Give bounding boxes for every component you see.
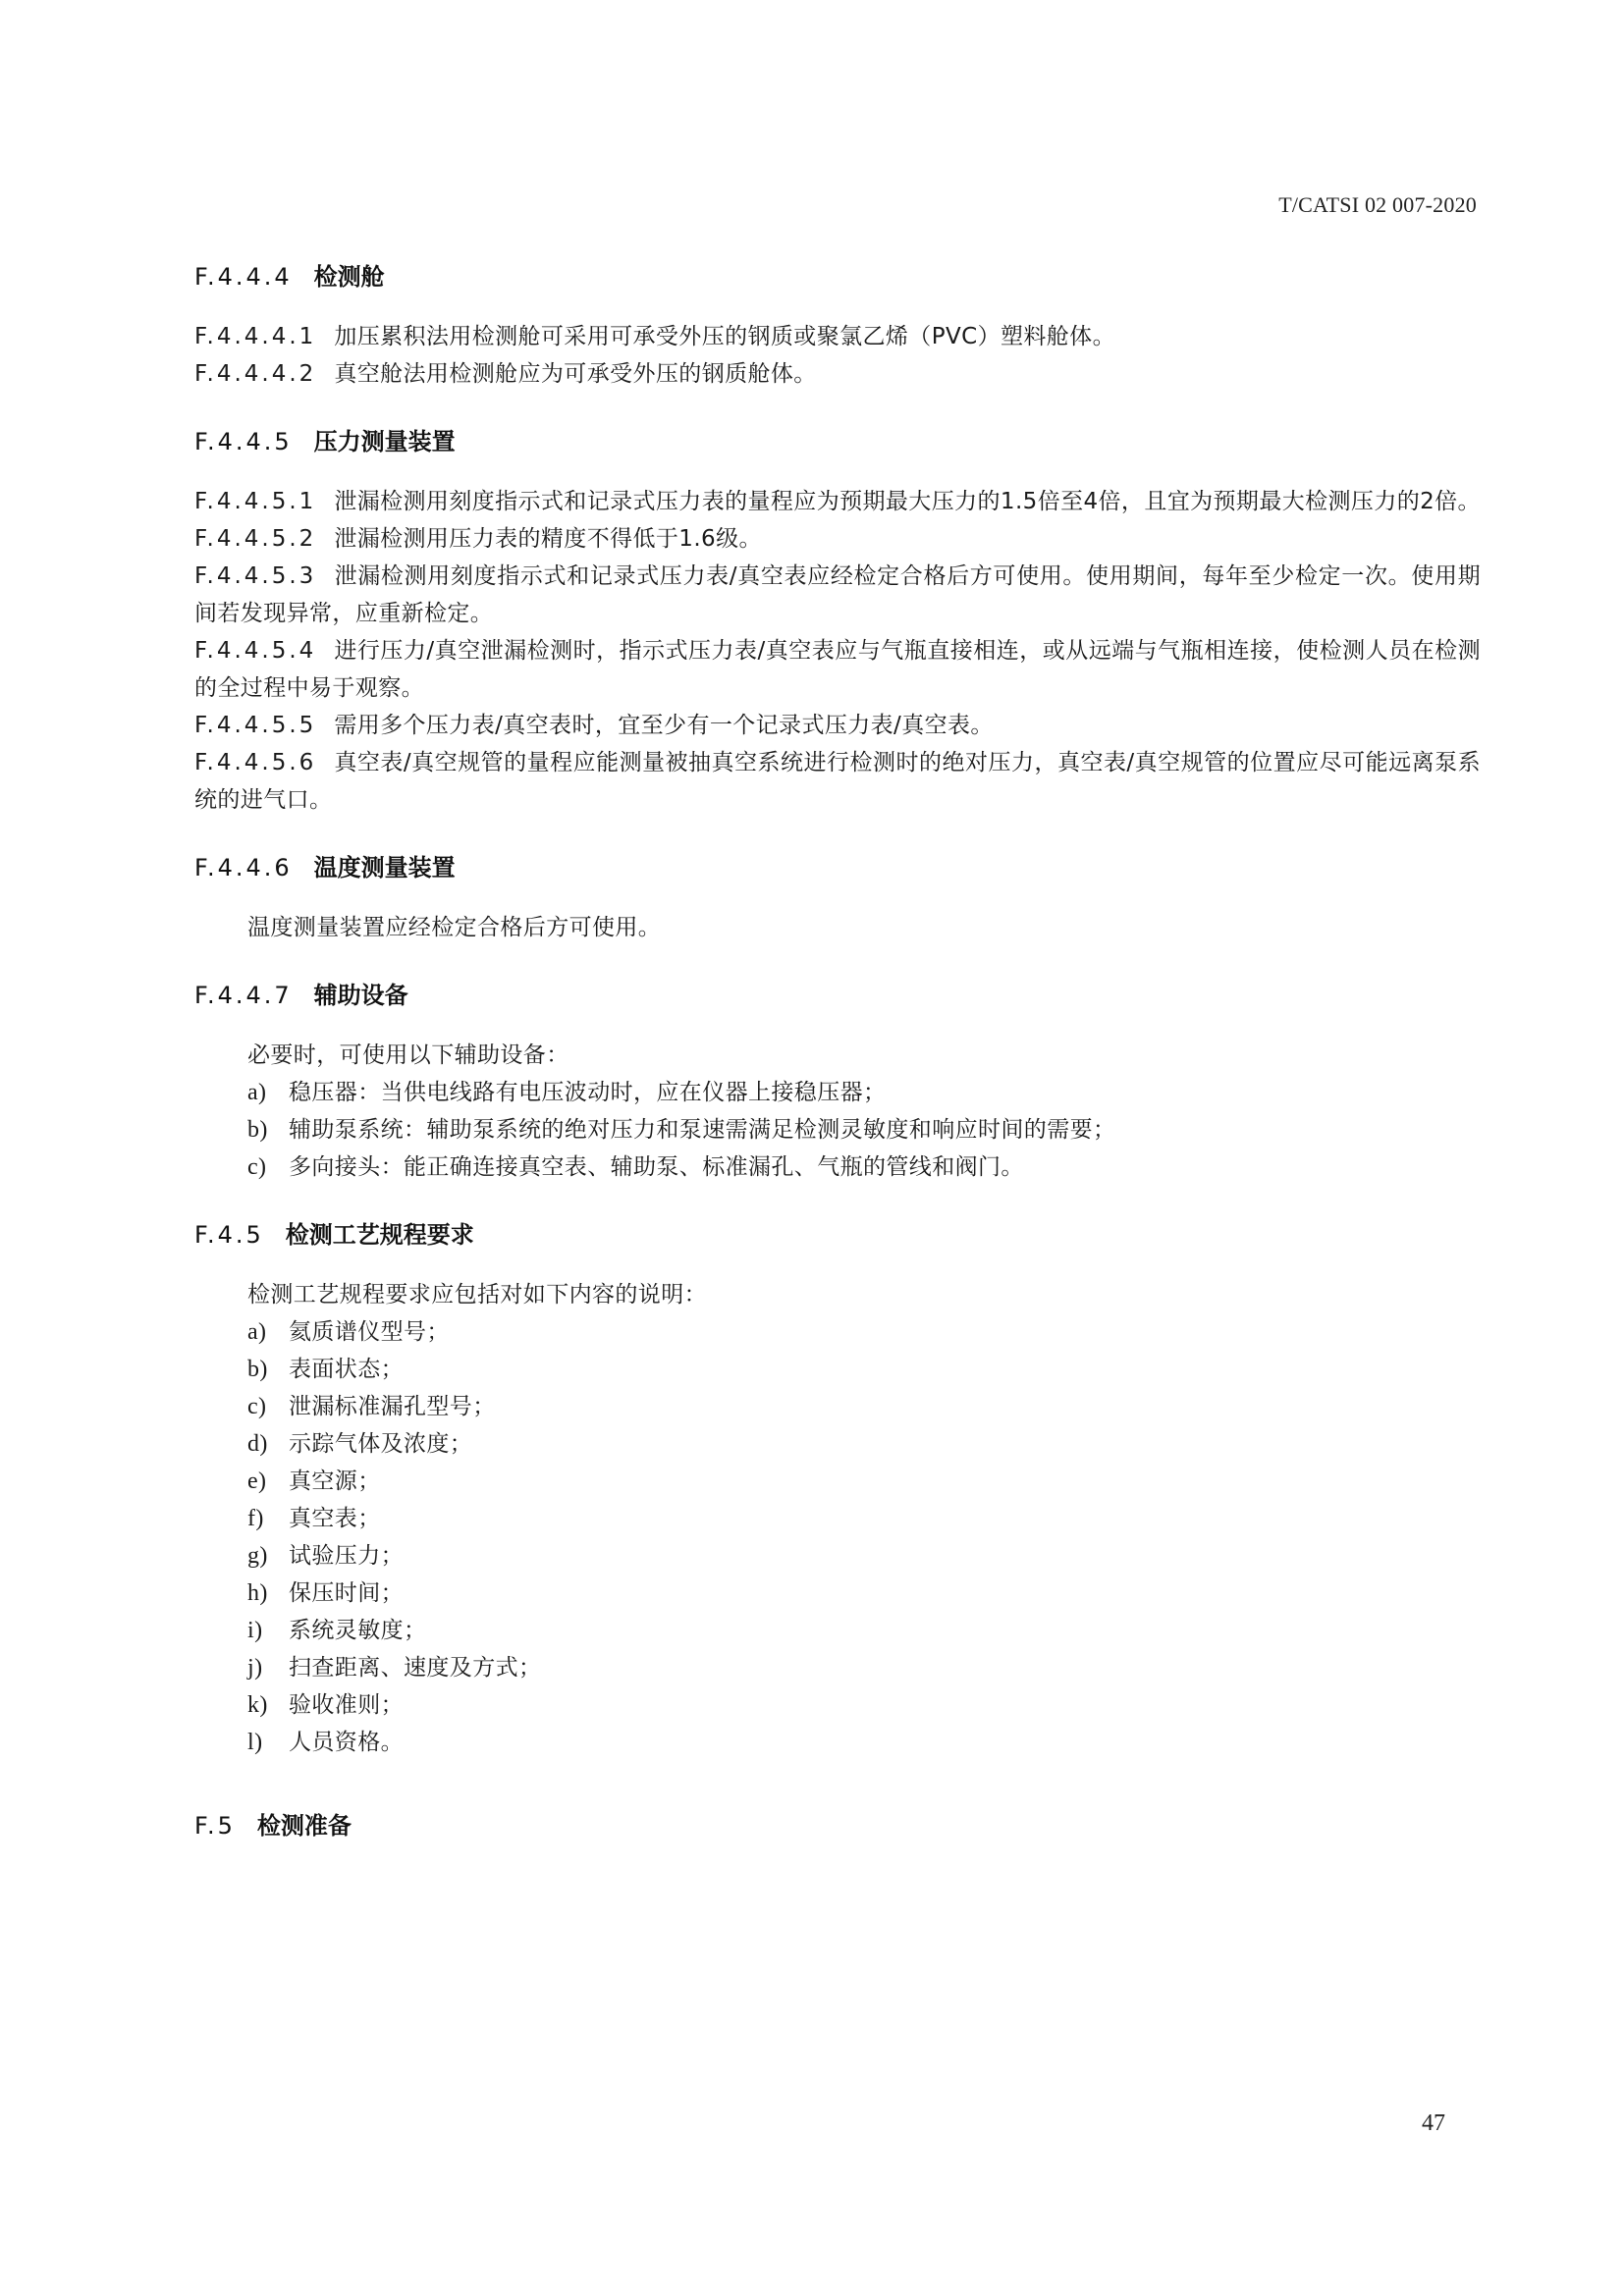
list-item: d)示踪气体及浓度；: [194, 1425, 1481, 1463]
list-text: 泄漏标准漏孔型号；: [289, 1394, 496, 1419]
section-number: F.4.4.4: [194, 257, 293, 296]
list-item: g)试验压力；: [194, 1537, 1481, 1575]
page-content: F.4.4.4检测舱 F.4.4.4.1加压累积法用检测舱可采用可承受外压的钢质…: [194, 257, 1481, 1845]
clause-number: F.4.4.5.4: [194, 638, 316, 664]
clause-text: 进行压力/真空泄漏检测时，指示式压力表/真空表应与气瓶直接相连，或从远端与气瓶相…: [194, 638, 1481, 701]
section-number: F.5: [194, 1806, 236, 1845]
clause-number: F.4.4.4.1: [194, 324, 316, 349]
list-item: e)真空源；: [194, 1463, 1481, 1500]
document-code: T/CATSI 02 007-2020: [1278, 192, 1477, 218]
list-item: l)人员资格。: [194, 1724, 1481, 1761]
clause-f4441: F.4.4.4.1加压累积法用检测舱可采用可承受外压的钢质或聚氯乙烯（PVC）塑…: [194, 318, 1481, 355]
list-item: h)保压时间；: [194, 1575, 1481, 1612]
list-text: 稳压器：当供电线路有电压波动时，应在仪器上接稳压器；: [289, 1080, 886, 1105]
section-heading-f445: F.4.4.5压力测量装置: [194, 422, 1481, 461]
clause-f4452: F.4.4.5.2泄漏检测用压力表的精度不得低于1.6级。: [194, 520, 1481, 558]
list-item: a)稳压器：当供电线路有电压波动时，应在仪器上接稳压器；: [194, 1074, 1481, 1111]
section-number: F.4.4.5: [194, 422, 293, 461]
document-page: T/CATSI 02 007-2020 F.4.4.4检测舱 F.4.4.4.1…: [0, 0, 1624, 2296]
clause-number: F.4.4.5.3: [194, 563, 316, 589]
list-text: 验收准则；: [289, 1692, 404, 1718]
clause-f4451: F.4.4.5.1泄漏检测用刻度指示式和记录式压力表的量程应为预期最大压力的1.…: [194, 483, 1481, 520]
list-item: c)多向接头：能正确连接真空表、辅助泵、标准漏孔、气瓶的管线和阀门。: [194, 1148, 1481, 1186]
list-marker: e): [247, 1463, 289, 1500]
clause-f4453: F.4.4.5.3泄漏检测用刻度指示式和记录式压力表/真空表应经检定合格后方可使…: [194, 558, 1481, 632]
list-marker: b): [247, 1351, 289, 1388]
section-title: 检测舱: [314, 263, 385, 291]
list-text: 氦质谱仪型号；: [289, 1319, 450, 1345]
section-intro-f45: 检测工艺规程要求应包括对如下内容的说明：: [194, 1276, 1481, 1313]
list-marker: h): [247, 1575, 289, 1612]
list-text: 辅助泵系统：辅助泵系统的绝对压力和泵速需满足检测灵敏度和响应时间的需要；: [289, 1117, 1115, 1143]
clause-text: 需用多个压力表/真空表时，宜至少有一个记录式压力表/真空表。: [334, 713, 994, 738]
list-item: b)辅助泵系统：辅助泵系统的绝对压力和泵速需满足检测灵敏度和响应时间的需要；: [194, 1111, 1481, 1148]
list-marker: d): [247, 1425, 289, 1463]
list-marker: i): [247, 1612, 289, 1649]
clause-f4442: F.4.4.4.2真空舱法用检测舱应为可承受外压的钢质舱体。: [194, 355, 1481, 393]
list-text: 示踪气体及浓度；: [289, 1431, 472, 1457]
section-intro-f447: 必要时，可使用以下辅助设备：: [194, 1037, 1481, 1074]
list-item: a)氦质谱仪型号；: [194, 1313, 1481, 1351]
list-item: j)扫查距离、速度及方式；: [194, 1649, 1481, 1686]
list-marker: l): [247, 1724, 289, 1761]
section-heading-f444: F.4.4.4检测舱: [194, 257, 1481, 296]
clause-text: 泄漏检测用刻度指示式和记录式压力表/真空表应经检定合格后方可使用。使用期间，每年…: [194, 563, 1481, 626]
section-heading-f45: F.4.5检测工艺规程要求: [194, 1215, 1481, 1255]
list-marker: j): [247, 1649, 289, 1686]
clause-number: F.4.4.5.5: [194, 713, 316, 738]
list-marker: a): [247, 1074, 289, 1111]
list-marker: a): [247, 1313, 289, 1351]
list-text: 真空源；: [289, 1468, 381, 1494]
list-text: 真空表；: [289, 1506, 381, 1531]
clause-text: 泄漏检测用压力表的精度不得低于1.6级。: [334, 526, 762, 552]
list-item: f)真空表；: [194, 1500, 1481, 1537]
section-number: F.4.4.6: [194, 848, 293, 887]
list-marker: b): [247, 1111, 289, 1148]
clause-number: F.4.4.5.2: [194, 526, 316, 552]
clause-text: 泄漏检测用刻度指示式和记录式压力表的量程应为预期最大压力的1.5倍至4倍，且宜为…: [334, 489, 1481, 514]
list-marker: c): [247, 1388, 289, 1425]
section-title: 辅助设备: [314, 982, 408, 1009]
section-title: 压力测量装置: [314, 428, 456, 455]
section-title: 温度测量装置: [314, 854, 456, 881]
clause-text: 加压累积法用检测舱可采用可承受外压的钢质或聚氯乙烯（PVC）塑料舱体。: [334, 324, 1115, 349]
section-number: F.4.4.7: [194, 976, 293, 1015]
list-text: 系统灵敏度；: [289, 1618, 426, 1643]
section-number: F.4.5: [194, 1215, 264, 1255]
list-text: 人员资格。: [289, 1730, 404, 1755]
section-title: 检测准备: [257, 1812, 352, 1840]
list-text: 多向接头：能正确连接真空表、辅助泵、标准漏孔、气瓶的管线和阀门。: [289, 1154, 1024, 1180]
clause-number: F.4.4.4.2: [194, 361, 316, 387]
clause-number: F.4.4.5.1: [194, 489, 316, 514]
list-item: k)验收准则；: [194, 1686, 1481, 1724]
list-text: 扫查距离、速度及方式；: [289, 1655, 541, 1681]
list-marker: g): [247, 1537, 289, 1575]
list-item: c)泄漏标准漏孔型号；: [194, 1388, 1481, 1425]
clause-f4454: F.4.4.5.4进行压力/真空泄漏检测时，指示式压力表/真空表应与气瓶直接相连…: [194, 632, 1481, 707]
section-title: 检测工艺规程要求: [286, 1221, 474, 1249]
clause-text: 真空舱法用检测舱应为可承受外压的钢质舱体。: [334, 361, 816, 387]
clause-text: 真空表/真空规管的量程应能测量被抽真空系统进行检测时的绝对压力，真空表/真空规管…: [194, 750, 1481, 813]
section-heading-f446: F.4.4.6温度测量装置: [194, 848, 1481, 887]
list-text: 表面状态；: [289, 1357, 404, 1382]
list-text: 保压时间；: [289, 1580, 404, 1606]
clause-f4455: F.4.4.5.5需用多个压力表/真空表时，宜至少有一个记录式压力表/真空表。: [194, 707, 1481, 744]
list-marker: k): [247, 1686, 289, 1724]
list-marker: c): [247, 1148, 289, 1186]
list-item: i)系统灵敏度；: [194, 1612, 1481, 1649]
list-item: b)表面状态；: [194, 1351, 1481, 1388]
page-number: 47: [1422, 2110, 1445, 2137]
list-text: 试验压力；: [289, 1543, 404, 1569]
clause-number: F.4.4.5.6: [194, 750, 316, 775]
section-heading-f5: F.5检测准备: [194, 1806, 1481, 1845]
section-heading-f447: F.4.4.7辅助设备: [194, 976, 1481, 1015]
list-marker: f): [247, 1500, 289, 1537]
clause-f4456: F.4.4.5.6真空表/真空规管的量程应能测量被抽真空系统进行检测时的绝对压力…: [194, 744, 1481, 819]
section-body-f446: 温度测量装置应经检定合格后方可使用。: [194, 909, 1481, 946]
